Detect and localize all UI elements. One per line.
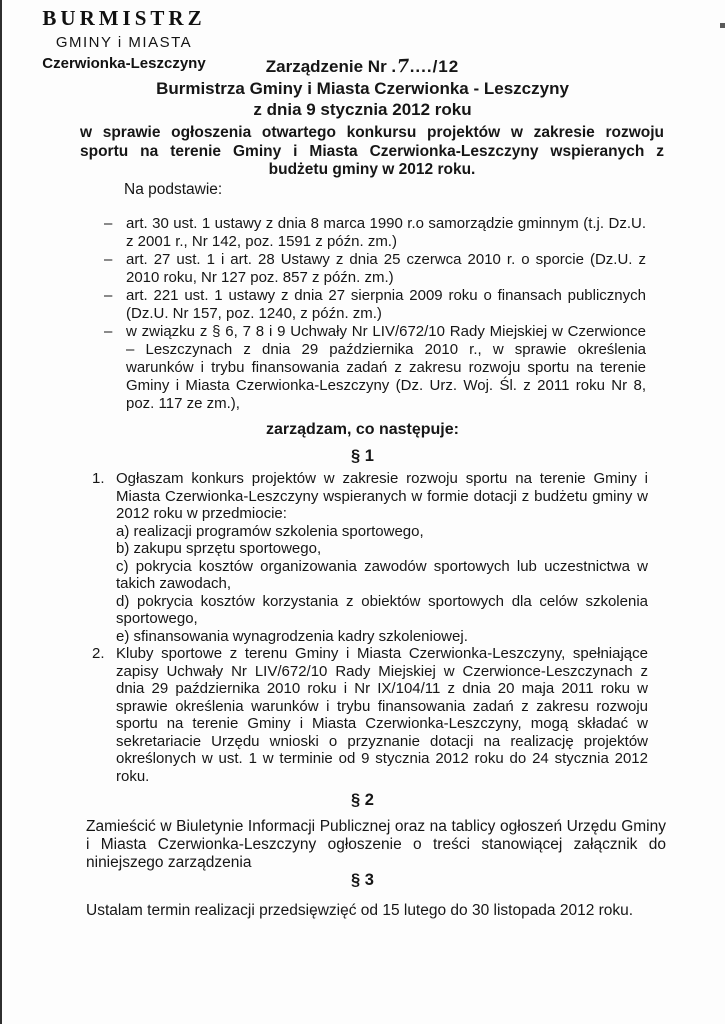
dash-marker: –: [104, 323, 112, 341]
dotted-blank-after: ..../12: [410, 57, 460, 76]
ordinance-item: 2. Kluby sportowe z terenu Gminy i Miast…: [92, 645, 648, 785]
ordinance-number-line: Zarządzenie Nr .7..../12: [0, 56, 725, 78]
legal-basis-text: art. 30 ust. 1 ustawy z dnia 8 marca 199…: [126, 215, 646, 250]
section-2-heading: § 2: [0, 791, 725, 810]
ordinance-number-prefix: Zarządzenie Nr: [266, 57, 392, 76]
section-2-paragraph: Zamieścić w Biuletynie Informacji Public…: [86, 818, 666, 872]
legal-basis-text: art. 27 ust. 1 i art. 28 Ustawy z dnia 2…: [126, 251, 646, 286]
item-number: 2.: [92, 645, 116, 785]
legal-basis-intro: Na podstawie:: [124, 181, 222, 199]
ordinance-item: 1. Ogłaszam konkurs projektów w zakresie…: [92, 470, 648, 645]
item-body: Kluby sportowe z terenu Gminy i Miasta C…: [116, 645, 648, 785]
scan-speck-artifact: [720, 23, 725, 28]
scanned-document-page: BURMISTRZ GMINY i MIASTA Czerwionka-Lesz…: [0, 0, 725, 1024]
section-3-heading: § 3: [0, 871, 725, 890]
ordinance-date-line: z dnia 9 stycznia 2012 roku: [0, 99, 725, 121]
dash-marker: –: [104, 287, 112, 305]
legal-basis-item: – w związku z § 6, 7 8 i 9 Uchwały Nr LI…: [104, 323, 646, 413]
sub-item-a: a) realizacji programów szkolenia sporto…: [116, 523, 648, 541]
legal-basis-item: – art. 30 ust. 1 ustawy z dnia 8 marca 1…: [104, 215, 646, 251]
sub-item-d: d) pokrycia kosztów korzystania z obiekt…: [116, 593, 648, 628]
decree-clause: zarządzam, co następuje:: [0, 421, 725, 439]
handwritten-number: 7: [397, 56, 411, 78]
stamp-office-subtitle: GMINY i MIASTA: [24, 34, 224, 51]
item-body: Ogłaszam konkurs projektów w zakresie ro…: [116, 470, 648, 645]
sub-item-e: e) sfinansowania wynagrodzenia kadry szk…: [116, 628, 648, 646]
section-3-paragraph: Ustalam termin realizacji przedsięwzięć …: [86, 902, 686, 920]
dash-marker: –: [104, 215, 112, 233]
legal-basis-text: w związku z § 6, 7 8 i 9 Uchwały Nr LIV/…: [126, 323, 646, 412]
stamp-office-name: BURMISTRZ: [24, 6, 224, 31]
subject-paragraph: w sprawie ogłoszenia otwartego konkursu …: [80, 124, 664, 180]
item-number: 1.: [92, 470, 116, 645]
legal-basis-item: – art. 221 ust. 1 ustawy z dnia 27 sierp…: [104, 287, 646, 323]
sub-item-c: c) pokrycia kosztów organizowania zawodó…: [116, 558, 648, 593]
item-text: Ogłaszam konkurs projektów w zakresie ro…: [116, 470, 648, 522]
section-1-heading: § 1: [0, 447, 725, 466]
issuing-authority-line: Burmistrza Gminy i Miasta Czerwionka - L…: [0, 78, 725, 100]
document-title-block: Zarządzenie Nr .7..../12 Burmistrza Gmin…: [0, 56, 725, 121]
ordinance-items-list: 1. Ogłaszam konkurs projektów w zakresie…: [92, 470, 648, 785]
legal-basis-text: art. 221 ust. 1 ustawy z dnia 27 sierpni…: [126, 287, 646, 322]
item-text: Kluby sportowe z terenu Gminy i Miasta C…: [116, 645, 648, 785]
dash-marker: –: [104, 251, 112, 269]
legal-basis-item: – art. 27 ust. 1 i art. 28 Ustawy z dnia…: [104, 251, 646, 287]
legal-basis-list: – art. 30 ust. 1 ustawy z dnia 8 marca 1…: [104, 215, 646, 413]
sub-item-b: b) zakupu sprzętu sportowego,: [116, 540, 648, 558]
